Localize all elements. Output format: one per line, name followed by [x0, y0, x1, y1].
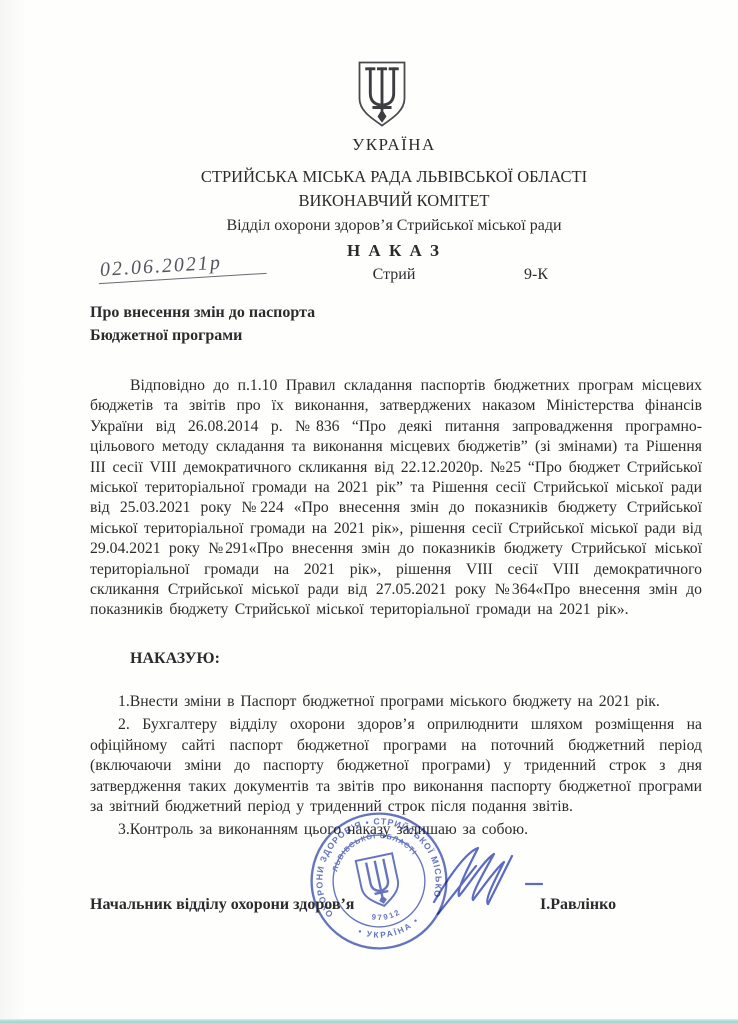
org-name-line2: ВИКОНАВЧИЙ КОМІТЕТ [64, 191, 724, 211]
stamp-trident-icon [356, 853, 403, 909]
subject-line1: Про внесення змін до паспорта [90, 304, 315, 322]
signer-title: Начальник відділу охорони здоров’я [90, 896, 354, 914]
order-heading: НАКАЗУЮ: [130, 650, 220, 668]
subject-line2: Бюджетної програми [90, 327, 242, 345]
ukraine-trident-emblem-icon [355, 58, 409, 130]
signer-name: І.Равлінко [540, 896, 616, 914]
scan-edge-shade [0, 0, 26, 1024]
document-number: 9-К [524, 266, 548, 284]
stamp-code: 97912 [369, 906, 403, 924]
scan-bottom-artifact [0, 1019, 738, 1024]
department-name: Відділ охорони здоров’я Стрийської міськ… [64, 217, 724, 235]
order-item-1: 1.Внести зміни в Паспорт бюджетної прогр… [90, 692, 702, 712]
handwritten-signature [424, 836, 556, 928]
scanned-order-document: УКРАЇНА СТРИЙСЬКА МІСЬКА РАДА ЛЬВІВСЬКОЇ… [0, 0, 738, 1024]
org-name-line1: СТРИЙСЬКА МІСЬКА РАДА ЛЬВІВСЬКОЇ ОБЛАСТІ [64, 167, 724, 187]
issue-city: Стрий [64, 266, 724, 284]
preamble-paragraph: Відповідно до п.1.10 Правил складання па… [90, 376, 702, 621]
country-name: УКРАЇНА [64, 135, 724, 155]
